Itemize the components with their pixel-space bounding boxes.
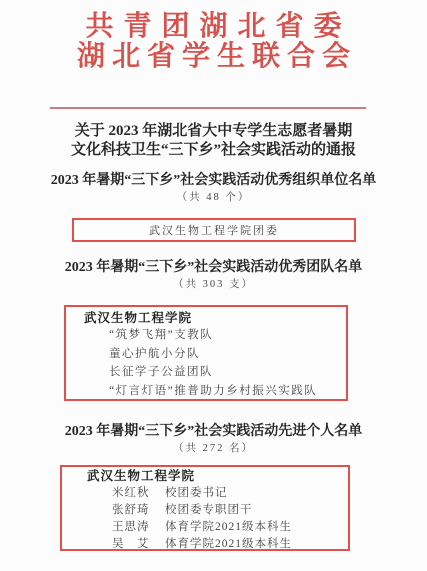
team-item: 童心护航小分队 [66,345,346,364]
section-excellent-teams: 2023 年暑期“三下乡”社会实践活动优秀团队名单 （共 303 支） 武汉生物… [0,259,427,401]
org-unit-name: 武汉生物工程学院团委 [149,222,279,238]
person-name: 王思涛 [112,519,165,536]
person-title: 校团委专职团干 [165,502,253,519]
award-box-individuals: 武汉生物工程学院 米红秋 校团委书记 张舒琦 校团委专职团干 王思涛 体育学院2… [60,465,350,551]
section-excellent-org-units: 2023 年暑期“三下乡”社会实践活动优秀组织单位名单 （共 48 个） 武汉生… [0,172,427,242]
document-page: 共青团湖北省委 湖北省学生联合会 关于 2023 年湖北省大中专学生志愿者暑期 … [0,0,427,571]
person-list: 米红秋 校团委书记 张舒琦 校团委专职团干 王思涛 体育学院2021级本科生 吴… [62,485,348,553]
document-title: 关于 2023 年湖北省大中专学生志愿者暑期 文化科技卫生“三下乡”社会实践活动… [0,122,427,160]
team-org-name: 武汉生物工程学院 [66,310,346,326]
section1-heading: 2023 年暑期“三下乡”社会实践活动优秀组织单位名单 [0,172,427,189]
award-box-teams: 武汉生物工程学院 “筑梦飞翔”支教队 童心护航小分队 长征学子公益团队 “灯言灯… [64,305,348,401]
section3-count: （共 272 名） [0,442,427,456]
person-row: 米红秋 校团委书记 [62,485,348,502]
section-advanced-individuals: 2023 年暑期“三下乡”社会实践活动先进个人名单 （共 272 名） 武汉生物… [0,423,427,551]
person-row: 张舒琦 校团委专职团干 [62,502,348,519]
section3-heading: 2023 年暑期“三下乡”社会实践活动先进个人名单 [0,423,427,440]
person-row: 王思涛 体育学院2021级本科生 [62,519,348,536]
person-name: 吴 艾 [112,536,165,553]
person-name: 米红秋 [112,485,165,502]
document-title-line1: 关于 2023 年湖北省大中专学生志愿者暑期 [0,122,427,141]
award-box-org-unit: 武汉生物工程学院团委 [72,218,356,242]
section1-count: （共 48 个） [0,191,427,205]
section2-count: （共 303 支） [0,278,427,292]
person-name: 张舒琦 [112,502,165,519]
person-title: 体育学院2021级本科生 [165,519,292,536]
individual-org-name: 武汉生物工程学院 [62,468,348,484]
team-item: 长征学子公益团队 [66,363,346,382]
person-row: 吴 艾 体育学院2021级本科生 [62,536,348,553]
person-title: 体育学院2021级本科生 [165,536,292,553]
letterhead-line1: 共青团湖北省委 [0,11,427,42]
letterhead: 共青团湖北省委 湖北省学生联合会 [0,0,427,72]
person-title: 校团委书记 [165,485,228,502]
team-item: “灯言灯语”推普助力乡村振兴实践队 [66,382,346,401]
letterhead-line2: 湖北省学生联合会 [0,42,427,72]
team-item: “筑梦飞翔”支教队 [66,326,346,345]
red-divider-line [50,107,366,109]
section2-heading: 2023 年暑期“三下乡”社会实践活动优秀团队名单 [0,259,427,276]
document-title-line2: 文化科技卫生“三下乡”社会实践活动的通报 [0,141,427,160]
